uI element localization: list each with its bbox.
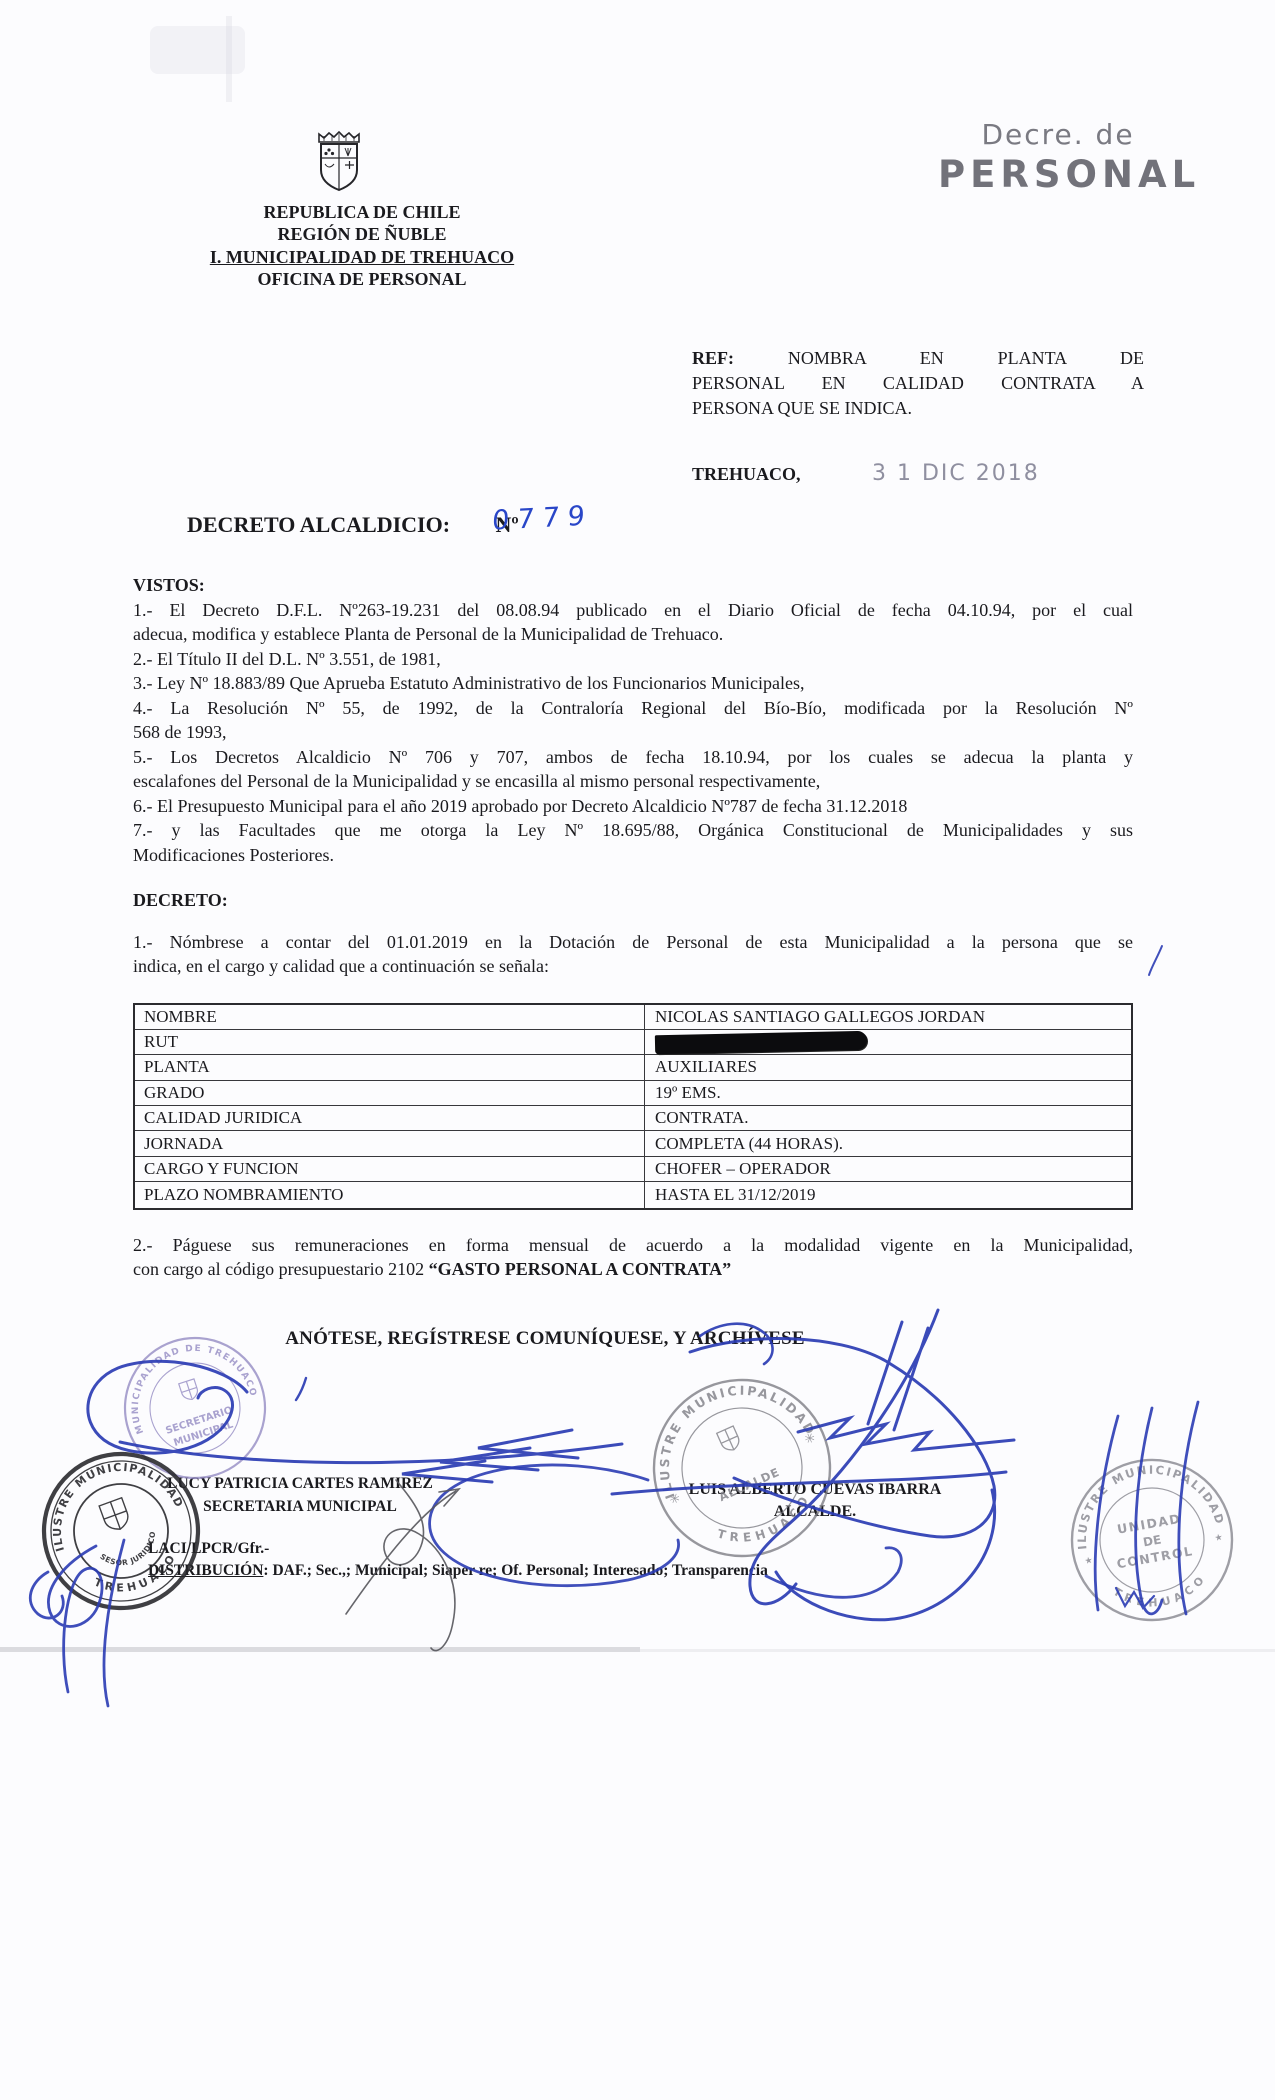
office-stamp-line2: PERSONAL: [938, 153, 1178, 196]
table-row: PLAZO NOMBRAMIENTO HASTA EL 31/12/2019: [135, 1182, 1131, 1207]
table-row: RUT: [135, 1030, 1131, 1055]
closing-formula: ANÓTESE, REGÍSTRESE COMUNÍQUESE, Y ARCHÍ…: [150, 1328, 940, 1350]
distribution-line: DISTRIBUCIÓN: DAF.; Sec.,; Municipal; Si…: [148, 1560, 768, 1582]
table-row-value: 19º EMS.: [645, 1081, 1131, 1105]
distribution-text: : DAF.; Sec.,; Municipal; Siaper re; Of.…: [263, 1562, 767, 1579]
letterhead-office: OFICINA DE PERSONAL: [152, 268, 572, 290]
vistos-item: 568 de 1993,: [133, 720, 1133, 745]
stamp-secretario-center1: SECRETARIO: [164, 1405, 234, 1437]
distribution-label: DISTRIBUCIÓN: [148, 1562, 263, 1579]
vistos-heading: VISTOS:: [133, 573, 1133, 598]
office-stamp-line1: Decre. de: [938, 118, 1178, 151]
decree-body: VISTOS: 1.- El Decreto D.F.L. Nº263-19.2…: [133, 573, 1133, 1282]
ref-line-1: NOMBRA EN PLANTA DE: [788, 348, 1144, 368]
date-ink-stamp: 3 1 DIC 2018: [872, 461, 1040, 486]
svg-text:TREHUACO: TREHUACO: [1109, 1569, 1213, 1617]
stamp-alcalde-star-right: ✳: [802, 1430, 818, 1448]
signer-name: LUIS ALBERTO CUEVAS IBARRA: [615, 1479, 1015, 1501]
signature-block-secretaria: LUCY PATRICIA CARTES RAMIREZ SECRETARIA …: [135, 1472, 465, 1518]
table-row-value: CONTRATA.: [645, 1106, 1131, 1130]
table-row-value: NICOLAS SANTIAGO GALLEGOS JORDAN: [645, 1005, 1131, 1029]
stamp-secretario-center2: MUNICIPAL: [172, 1419, 235, 1449]
table-row-label: CARGO Y FUNCION: [135, 1157, 645, 1181]
letterhead-country: REPUBLICA DE CHILE: [152, 201, 572, 223]
table-row: JORNADA COMPLETA (44 HORAS).: [135, 1131, 1131, 1156]
vistos-item: adecua, modifica y establece Planta de P…: [133, 622, 1133, 647]
paragraph2-text: con cargo al código presupuestario 2102: [133, 1259, 429, 1279]
redaction-bar: [655, 1030, 867, 1053]
table-row-label: GRADO: [135, 1081, 645, 1105]
stamp-control-center2: DE: [1142, 1533, 1162, 1550]
vistos-item: 1.- El Decreto D.F.L. Nº263-19.231 del 0…: [133, 598, 1133, 623]
signer-name: LUCY PATRICIA CARTES RAMIREZ: [135, 1472, 465, 1495]
letterhead-municipality: I. MUNICIPALIDAD DE TREHUACO: [152, 246, 572, 268]
table-row-value: HASTA EL 31/12/2019: [645, 1182, 1131, 1207]
vistos-item: 2.- El Título II del D.L. Nº 3.551, de 1…: [133, 647, 1133, 672]
signer-title: SECRETARIA MUNICIPAL: [135, 1495, 465, 1518]
ref-line-3: PERSONA QUE SE INDICA.: [692, 396, 1144, 421]
paragraph2: 2.- Páguese sus remuneraciones en forma …: [133, 1233, 1133, 1258]
stamp-control-center3: CONTROL: [1116, 1543, 1195, 1571]
paragraph2-bold: “GASTO PERSONAL A CONTRATA”: [429, 1259, 732, 1279]
paragraph2: con cargo al código presupuestario 2102 …: [133, 1257, 1133, 1282]
office-ink-stamp: Decre. de PERSONAL: [938, 118, 1178, 196]
vistos-item: 3.- Ley Nº 18.883/89 Que Aprueba Estatut…: [133, 671, 1133, 696]
table-row: PLANTA AUXILIARES: [135, 1055, 1131, 1080]
signature-control-ink: [1095, 1402, 1198, 1614]
stamp-control-ring-top: ILUSTRE MUNICIPALIDAD: [1063, 1450, 1228, 1551]
decreto-heading: DECRETO:: [133, 888, 1133, 913]
vistos-item: 7.- y las Facultades que me otorga la Le…: [133, 818, 1133, 843]
decree-number-handwritten: 0779: [491, 500, 594, 536]
stamp-control-ring-bottom: TREHUACO: [1109, 1569, 1213, 1617]
scanned-decree-page: Decre. de PERSONAL REPUBLICA DE CHILE RE…: [0, 0, 1275, 2100]
decree-title: DECRETO ALCALDICIO: Nº: [187, 512, 519, 538]
ref-label: REF:: [692, 348, 734, 368]
table-row-value: COMPLETA (44 HORAS).: [645, 1131, 1131, 1155]
table-row: CARGO Y FUNCION CHOFER – OPERADOR: [135, 1157, 1131, 1182]
vistos-item: 5.- Los Decretos Alcaldicio Nº 706 y 707…: [133, 745, 1133, 770]
vistos-item: escalafones del Personal de la Municipal…: [133, 769, 1133, 794]
stamp-control-star-right: ★: [1214, 1533, 1224, 1544]
letterhead-region: REGIÓN DE ÑUBLE: [152, 223, 572, 245]
signature-scribble-left-ink: [30, 1540, 124, 1706]
table-row-label: JORNADA: [135, 1131, 645, 1155]
vistos-item: 6.- El Presupuesto Municipal para el año…: [133, 794, 1133, 819]
signature-secretaria-ink: [88, 1361, 622, 1482]
vistos-item: 4.- La Resolución Nº 55, de 1992, de la …: [133, 696, 1133, 721]
table-row-value: AUXILIARES: [645, 1055, 1131, 1079]
letterhead: REPUBLICA DE CHILE REGIÓN DE ÑUBLE I. MU…: [152, 201, 572, 291]
stamp-unidad-de-control: ILUSTRE MUNICIPALIDAD TREHUACO ★ ★ UNIDA…: [1059, 1447, 1244, 1632]
decreto-paragraph1: 1.- Nómbrese a contar del 01.01.2019 en …: [133, 930, 1133, 955]
place-label: TREHUACO,: [692, 464, 801, 485]
svg-text:ILUSTRE MUNICIPALIDAD: ILUSTRE MUNICIPALIDAD: [1063, 1450, 1228, 1551]
decreto-paragraph1: indica, en el cargo y calidad que a cont…: [133, 954, 1133, 979]
ref-line-2: PERSONAL EN CALIDAD CONTRATA A: [692, 371, 1144, 396]
table-row-label: RUT: [135, 1030, 645, 1054]
table-row: CALIDAD JURIDICA CONTRATA.: [135, 1106, 1131, 1131]
vistos-item: Modificaciones Posteriores.: [133, 843, 1133, 868]
table-row-label: NOMBRE: [135, 1005, 645, 1029]
table-row-label: PLAZO NOMBRAMIENTO: [135, 1182, 645, 1207]
table-row-value: CHOFER – OPERADOR: [645, 1157, 1131, 1181]
ref-block: REF: NOMBRA EN PLANTA DE PERSONAL EN CAL…: [692, 346, 1144, 421]
table-row-value: [645, 1030, 1131, 1054]
table-row-label: PLANTA: [135, 1055, 645, 1079]
stamp-control-star-left: ★: [1084, 1556, 1094, 1567]
footer-initials: LACI/LPCR/Gfr.-: [148, 1538, 768, 1560]
decree-title-label: DECRETO ALCALDICIO:: [187, 512, 450, 537]
stamp-control-center1: UNIDAD: [1116, 1511, 1182, 1537]
appointment-table: NOMBRE NICOLAS SANTIAGO GALLEGOS JORDAN …: [133, 1003, 1133, 1210]
signature-block-alcalde: LUIS ALBERTO CUEVAS IBARRA ALCALDE.: [615, 1479, 1015, 1523]
signer-title: ALCALDE.: [615, 1501, 1015, 1523]
municipal-coat-of-arms-icon: [312, 130, 366, 196]
table-row-label: CALIDAD JURIDICA: [135, 1106, 645, 1130]
table-row: NOMBRE NICOLAS SANTIAGO GALLEGOS JORDAN: [135, 1005, 1131, 1030]
footer-block: LACI/LPCR/Gfr.- DISTRIBUCIÓN: DAF.; Sec.…: [148, 1538, 768, 1582]
table-row: GRADO 19º EMS.: [135, 1081, 1131, 1106]
